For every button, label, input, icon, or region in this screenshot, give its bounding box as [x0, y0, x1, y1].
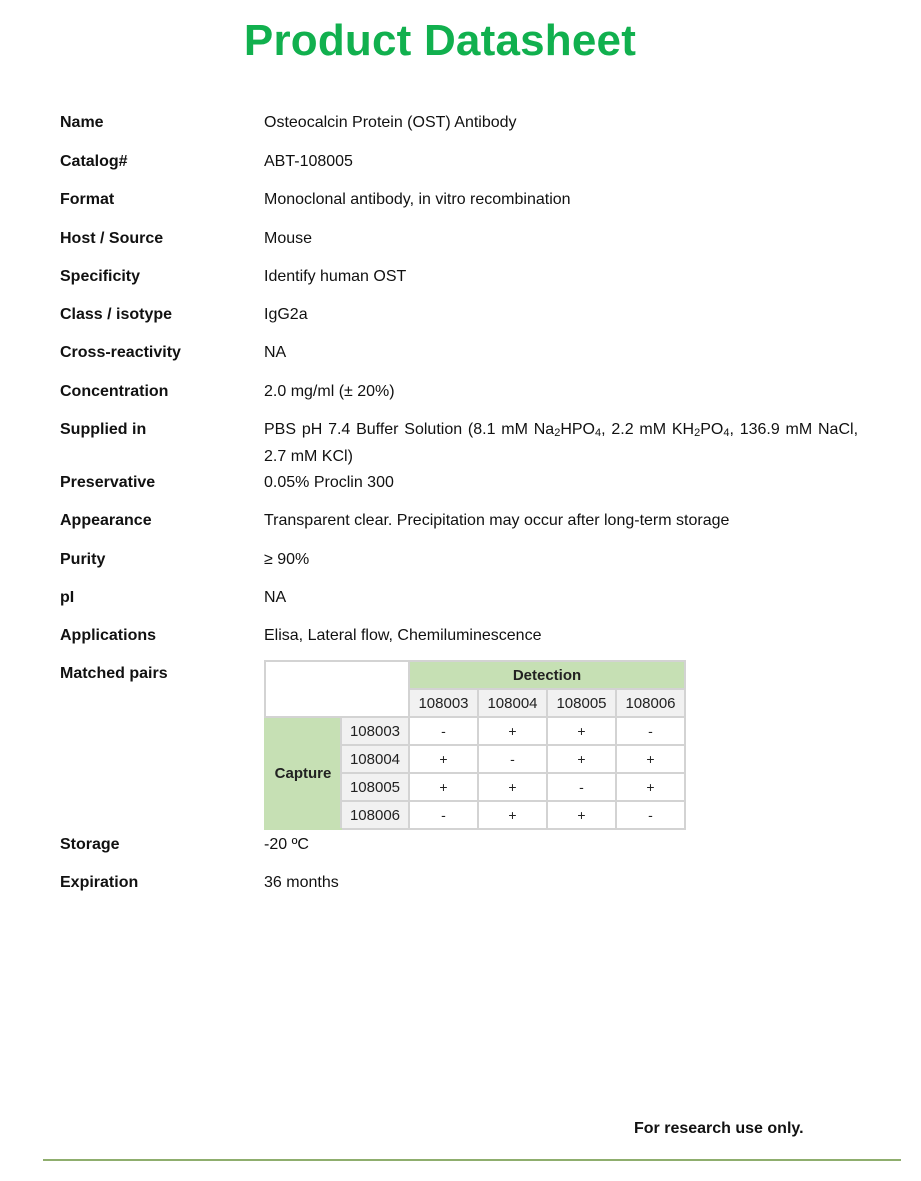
- pair-result: +: [409, 745, 478, 773]
- detection-code: 108003: [409, 689, 478, 717]
- footer-divider: [43, 1159, 901, 1161]
- pair-result: -: [478, 745, 547, 773]
- field-value: 2.0 mg/ml (± 20%): [264, 378, 858, 405]
- field-value: PBS pH 7.4 Buffer Solution (8.1 mM Na2HP…: [264, 416, 858, 470]
- pair-result: +: [478, 773, 547, 801]
- detection-code: 108006: [616, 689, 685, 717]
- table-row: Capture 108003 - + + -: [265, 717, 685, 745]
- field-label: Cross-reactivity: [60, 339, 181, 366]
- field-label: pI: [60, 584, 74, 611]
- field-value: Elisa, Lateral flow, Chemiluminescence: [264, 622, 858, 649]
- field-value: NA: [264, 339, 858, 366]
- pair-result: +: [616, 745, 685, 773]
- pair-result: -: [409, 717, 478, 745]
- field-label: Name: [60, 109, 104, 136]
- pair-result: +: [616, 773, 685, 801]
- detection-code: 108004: [478, 689, 547, 717]
- field-label: Purity: [60, 546, 105, 573]
- pair-result: +: [478, 717, 547, 745]
- field-value: Transparent clear. Precipitation may occ…: [264, 507, 858, 534]
- field-value: ABT-108005: [264, 148, 858, 175]
- field-label: Expiration: [60, 869, 138, 896]
- field-label: Concentration: [60, 378, 168, 405]
- field-value: NA: [264, 584, 858, 611]
- text-part: HPO: [560, 421, 595, 438]
- field-value: Monoclonal antibody, in vitro recombinat…: [264, 186, 858, 213]
- pair-result: +: [547, 717, 616, 745]
- detection-header: Detection: [409, 661, 685, 689]
- matched-pairs-table: Detection 108003 108004 108005 108006 Ca…: [264, 660, 686, 830]
- text-part: PO: [700, 421, 723, 438]
- field-label: Matched pairs: [60, 660, 168, 687]
- field-label: Class / isotype: [60, 301, 172, 328]
- pair-result: -: [616, 717, 685, 745]
- field-value: 36 months: [264, 869, 858, 896]
- capture-code: 108003: [341, 717, 409, 745]
- text-part: , 2.2 mM KH: [601, 421, 694, 438]
- pair-result: +: [547, 801, 616, 829]
- detection-code: 108005: [547, 689, 616, 717]
- capture-code: 108005: [341, 773, 409, 801]
- field-value: Mouse: [264, 225, 858, 252]
- field-value: Identify human OST: [264, 263, 858, 290]
- field-label: Storage: [60, 831, 120, 858]
- pair-result: -: [616, 801, 685, 829]
- field-value: ≥ 90%: [264, 546, 858, 573]
- field-value: -20 ºC: [264, 831, 858, 858]
- field-label: Supplied in: [60, 416, 146, 443]
- field-value: IgG2a: [264, 301, 858, 328]
- pair-result: -: [409, 801, 478, 829]
- research-use-note: For research use only.: [634, 1120, 804, 1138]
- field-label: Specificity: [60, 263, 140, 290]
- field-label: Catalog#: [60, 148, 128, 175]
- capture-header: Capture: [265, 717, 341, 829]
- pair-result: +: [547, 745, 616, 773]
- pair-result: +: [478, 801, 547, 829]
- field-label: Appearance: [60, 507, 152, 534]
- text-part: PBS pH 7.4 Buffer Solution (8.1 mM Na: [264, 421, 554, 438]
- capture-code: 108006: [341, 801, 409, 829]
- table-corner: [265, 661, 409, 717]
- field-value: 0.05% Proclin 300: [264, 469, 858, 496]
- field-label: Preservative: [60, 469, 155, 496]
- field-label: Host / Source: [60, 225, 163, 252]
- pair-result: +: [409, 773, 478, 801]
- page-title: Product Datasheet: [0, 16, 880, 66]
- field-label: Format: [60, 186, 114, 213]
- field-value: Osteocalcin Protein (OST) Antibody: [264, 109, 858, 136]
- field-label: Applications: [60, 622, 156, 649]
- capture-code: 108004: [341, 745, 409, 773]
- pair-result: -: [547, 773, 616, 801]
